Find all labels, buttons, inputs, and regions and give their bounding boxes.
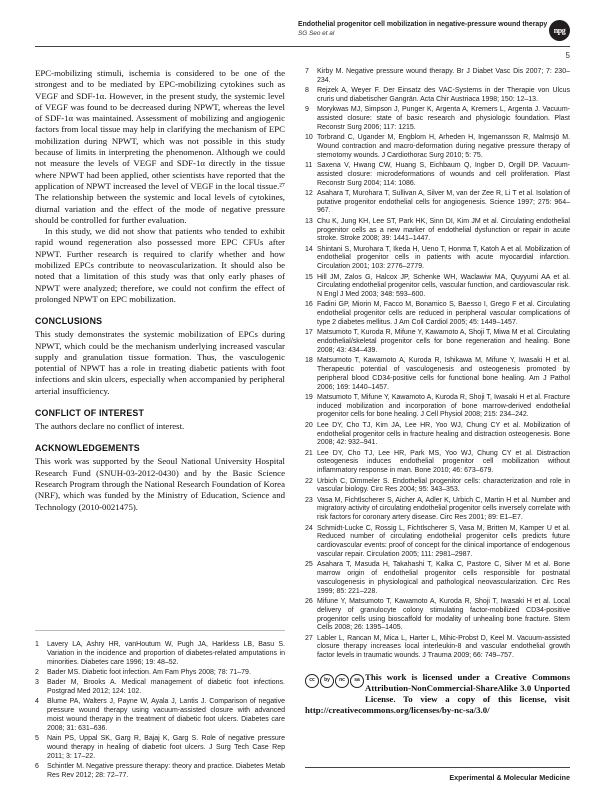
references-left-block: 1Lavery LA, Ashry HR, vanHoutum W, Pugh … <box>35 630 285 782</box>
reference-item: 17Matsumoto T, Kuroda R, Mifune Y, Kawam… <box>305 329 570 355</box>
reference-text: Kirby M. Negative pressure wound therapy… <box>317 68 570 86</box>
reference-number: 7 <box>305 68 317 86</box>
reference-number: 13 <box>305 218 317 244</box>
footer-rule <box>305 767 570 768</box>
conflict-heading: CONFLICT OF INTEREST <box>35 408 285 418</box>
reference-number: 23 <box>305 497 317 523</box>
discussion-text: EPC-mobilizing stimuli, ischemia is cons… <box>35 68 285 305</box>
reference-number: 9 <box>305 106 317 132</box>
reference-number: 10 <box>305 134 317 160</box>
reference-text: Asahara T, Murohara T, Sullivan A, Silve… <box>317 190 570 216</box>
reference-number: 27 <box>305 635 317 661</box>
reference-text: Lavery LA, Ashry HR, vanHoutum W, Pugh J… <box>47 641 285 667</box>
reference-number: 6 <box>35 763 47 781</box>
reference-item: 2Bader MS. Diabetic foot infection. Am F… <box>35 669 285 678</box>
references-list-right: 7Kirby M. Negative pressure wound therap… <box>305 68 570 663</box>
reference-item: 3Bader M, Brooks A. Medical management o… <box>35 679 285 697</box>
reference-item: 11Saxena V, Hwang CW, Huang S, Eichbaum … <box>305 162 570 188</box>
reference-item: 10Torbrand C, Ugander M, Engblom H, Arhe… <box>305 134 570 160</box>
reference-item: 22Urbich C, Dimmeler S. Endothelial prog… <box>305 478 570 496</box>
reference-text: Shintani S, Murohara T, Ikeda H, Ueno T,… <box>317 246 570 272</box>
reference-item: 24Schmidt-Lucke C, Rossig L, Fichtlscher… <box>305 525 570 560</box>
reference-text: Schintler M. Negative pressure therapy: … <box>47 763 285 781</box>
cc-icon: cc <box>305 674 319 688</box>
reference-number: 2 <box>35 669 47 678</box>
reference-item: 15Hill JM, Zalos G, Halcox JP, Schenke W… <box>305 274 570 300</box>
acknowledgements-heading: ACKNOWLEDGEMENTS <box>35 443 285 453</box>
reference-text: Asahara T, Masuda H, Takahashi T, Kalka … <box>317 561 570 596</box>
references-rule <box>35 630 285 631</box>
reference-number: 16 <box>305 301 317 327</box>
reference-text: Chu K, Jung KH, Lee ST, Park HK, Sinn DI… <box>317 218 570 244</box>
reference-number: 19 <box>305 394 317 420</box>
reference-text: Nain PS, Uppal SK, Garg R, Bajaj K, Garg… <box>47 735 285 761</box>
reference-text: Labler L, Rancan M, Mica L, Harter L, Mi… <box>317 635 570 661</box>
reference-item: 8Rejzek A, Weyer F. Der Einsatz des VAC-… <box>305 87 570 105</box>
conflict-text: The authors declare no conflict of inter… <box>35 421 285 432</box>
reference-text: Morykwas MJ, Simpson J, Punger K, Argent… <box>317 106 570 132</box>
reference-item: 26Mifune Y, Matsumoto T, Kawamoto A, Kur… <box>305 598 570 633</box>
reference-item: 21Lee DY, Cho TJ, Lee HR, Park MS, Yoo W… <box>305 450 570 476</box>
references-list-left: 1Lavery LA, Ashry HR, vanHoutum W, Pugh … <box>35 641 285 780</box>
reference-number: 18 <box>305 357 317 392</box>
reference-item: 19Matsumoto T, Mifune Y, Kawamoto A, Kur… <box>305 394 570 420</box>
reference-item: 13Chu K, Jung KH, Lee ST, Park HK, Sinn … <box>305 218 570 244</box>
header-rule <box>35 46 570 47</box>
reference-item: 6Schintler M. Negative pressure therapy:… <box>35 763 285 781</box>
license-block: ccbyncsa This work is licensed under a C… <box>305 672 570 717</box>
reference-item: 14Shintani S, Murohara T, Ikeda H, Ueno … <box>305 246 570 272</box>
running-title: Endothelial progenitor cell mobilization… <box>298 20 547 29</box>
acknowledgements-text: This work was supported by the Seoul Nat… <box>35 456 285 512</box>
reference-text: Saxena V, Hwang CW, Huang S, Eichbaum Q,… <box>317 162 570 188</box>
journal-footer: Experimental & Molecular Medicine <box>305 767 570 782</box>
reference-number: 8 <box>305 87 317 105</box>
reference-item: 1Lavery LA, Ashry HR, vanHoutum W, Pugh … <box>35 641 285 667</box>
paragraph: This work was supported by the Seoul Nat… <box>35 456 285 512</box>
reference-text: Blume PA, Walters J, Payne W, Ayala J, L… <box>47 698 285 733</box>
reference-text: Fadini GP, Miorin M, Facco M, Bonamico S… <box>317 301 570 327</box>
reference-item: 5Nain PS, Uppal SK, Garg R, Bajaj K, Gar… <box>35 735 285 761</box>
reference-text: Bader MS. Diabetic foot infection. Am Fa… <box>47 669 285 678</box>
left-column: EPC-mobilizing stimuli, ischemia is cons… <box>35 68 285 782</box>
reference-number: 21 <box>305 450 317 476</box>
reference-number: 20 <box>305 422 317 448</box>
reference-text: Matsumoto T, Kawamoto A, Kuroda R, Ishik… <box>317 357 570 392</box>
reference-text: Lee DY, Cho TJ, Kim JA, Lee HR, Yoo WJ, … <box>317 422 570 448</box>
reference-text: Hill JM, Zalos G, Halcox JP, Schenke WH,… <box>317 274 570 300</box>
reference-number: 5 <box>35 735 47 761</box>
reference-item: 16Fadini GP, Miorin M, Facco M, Bonamico… <box>305 301 570 327</box>
reference-item: 18Matsumoto T, Kawamoto A, Kuroda R, Ish… <box>305 357 570 392</box>
reference-text: Matsumoto T, Mifune Y, Kawamoto A, Kurod… <box>317 394 570 420</box>
reference-item: 7Kirby M. Negative pressure wound therap… <box>305 68 570 86</box>
reference-item: 4Blume PA, Walters J, Payne W, Ayala J, … <box>35 698 285 733</box>
conclusions-heading: CONCLUSIONS <box>35 316 285 326</box>
nc-icon: nc <box>335 674 349 688</box>
journal-page: Endothelial progenitor cell mobilization… <box>0 0 600 800</box>
right-column: 7Kirby M. Negative pressure wound therap… <box>305 68 570 782</box>
reference-number: 22 <box>305 478 317 496</box>
reference-item: 12Asahara T, Murohara T, Sullivan A, Sil… <box>305 190 570 216</box>
reference-number: 24 <box>305 525 317 560</box>
reference-text: Schmidt-Lucke C, Rossig L, Fichtlscherer… <box>317 525 570 560</box>
reference-number: 12 <box>305 190 317 216</box>
reference-text: Matsumoto T, Kuroda R, Mifune Y, Kawamot… <box>317 329 570 355</box>
paragraph: This study demonstrates the systemic mob… <box>35 329 285 397</box>
reference-number: 14 <box>305 246 317 272</box>
reference-text: Mifune Y, Matsumoto T, Kawamoto A, Kurod… <box>317 598 570 633</box>
reference-number: 26 <box>305 598 317 633</box>
sa-icon: sa <box>350 674 364 688</box>
npg-logo-icon: npg <box>549 20 570 41</box>
reference-text: Lee DY, Cho TJ, Lee HR, Park MS, Yoo WJ,… <box>317 450 570 476</box>
reference-item: 9Morykwas MJ, Simpson J, Punger K, Argen… <box>305 106 570 132</box>
journal-name: Experimental & Molecular Medicine <box>305 773 570 782</box>
reference-item: 23Vasa M, Fichtlscherer S, Aicher A, Adl… <box>305 497 570 523</box>
reference-text: Vasa M, Fichtlscherer S, Aicher A, Adler… <box>317 497 570 523</box>
page-number: 5 <box>35 51 570 60</box>
reference-item: 25Asahara T, Masuda H, Takahashi T, Kalk… <box>305 561 570 596</box>
running-head: Endothelial progenitor cell mobilization… <box>298 20 547 37</box>
by-icon: by <box>320 674 334 688</box>
paragraph: The authors declare no conflict of inter… <box>35 421 285 432</box>
page-header: Endothelial progenitor cell mobilization… <box>35 20 570 60</box>
reference-text: Torbrand C, Ugander M, Engblom H, Arhede… <box>317 134 570 160</box>
reference-number: 1 <box>35 641 47 667</box>
reference-number: 4 <box>35 698 47 733</box>
reference-text: Bader M, Brooks A. Medical management of… <box>47 679 285 697</box>
reference-item: 27Labler L, Rancan M, Mica L, Harter L, … <box>305 635 570 661</box>
running-authors: SG Seo et al <box>298 30 547 37</box>
creative-commons-icons: ccbyncsa <box>305 672 365 696</box>
reference-number: 25 <box>305 561 317 596</box>
conclusions-text: This study demonstrates the systemic mob… <box>35 329 285 397</box>
paragraph: EPC-mobilizing stimuli, ischemia is cons… <box>35 68 285 226</box>
reference-number: 15 <box>305 274 317 300</box>
paragraph: In this study, we did not show that pati… <box>35 226 285 305</box>
reference-item: 20Lee DY, Cho TJ, Kim JA, Lee HR, Yoo WJ… <box>305 422 570 448</box>
reference-text: Rejzek A, Weyer F. Der Einsatz des VAC-S… <box>317 87 570 105</box>
reference-text: Urbich C, Dimmeler S. Endothelial progen… <box>317 478 570 496</box>
reference-number: 11 <box>305 162 317 188</box>
reference-number: 3 <box>35 679 47 697</box>
content-columns: EPC-mobilizing stimuli, ischemia is cons… <box>35 68 570 782</box>
reference-number: 17 <box>305 329 317 355</box>
